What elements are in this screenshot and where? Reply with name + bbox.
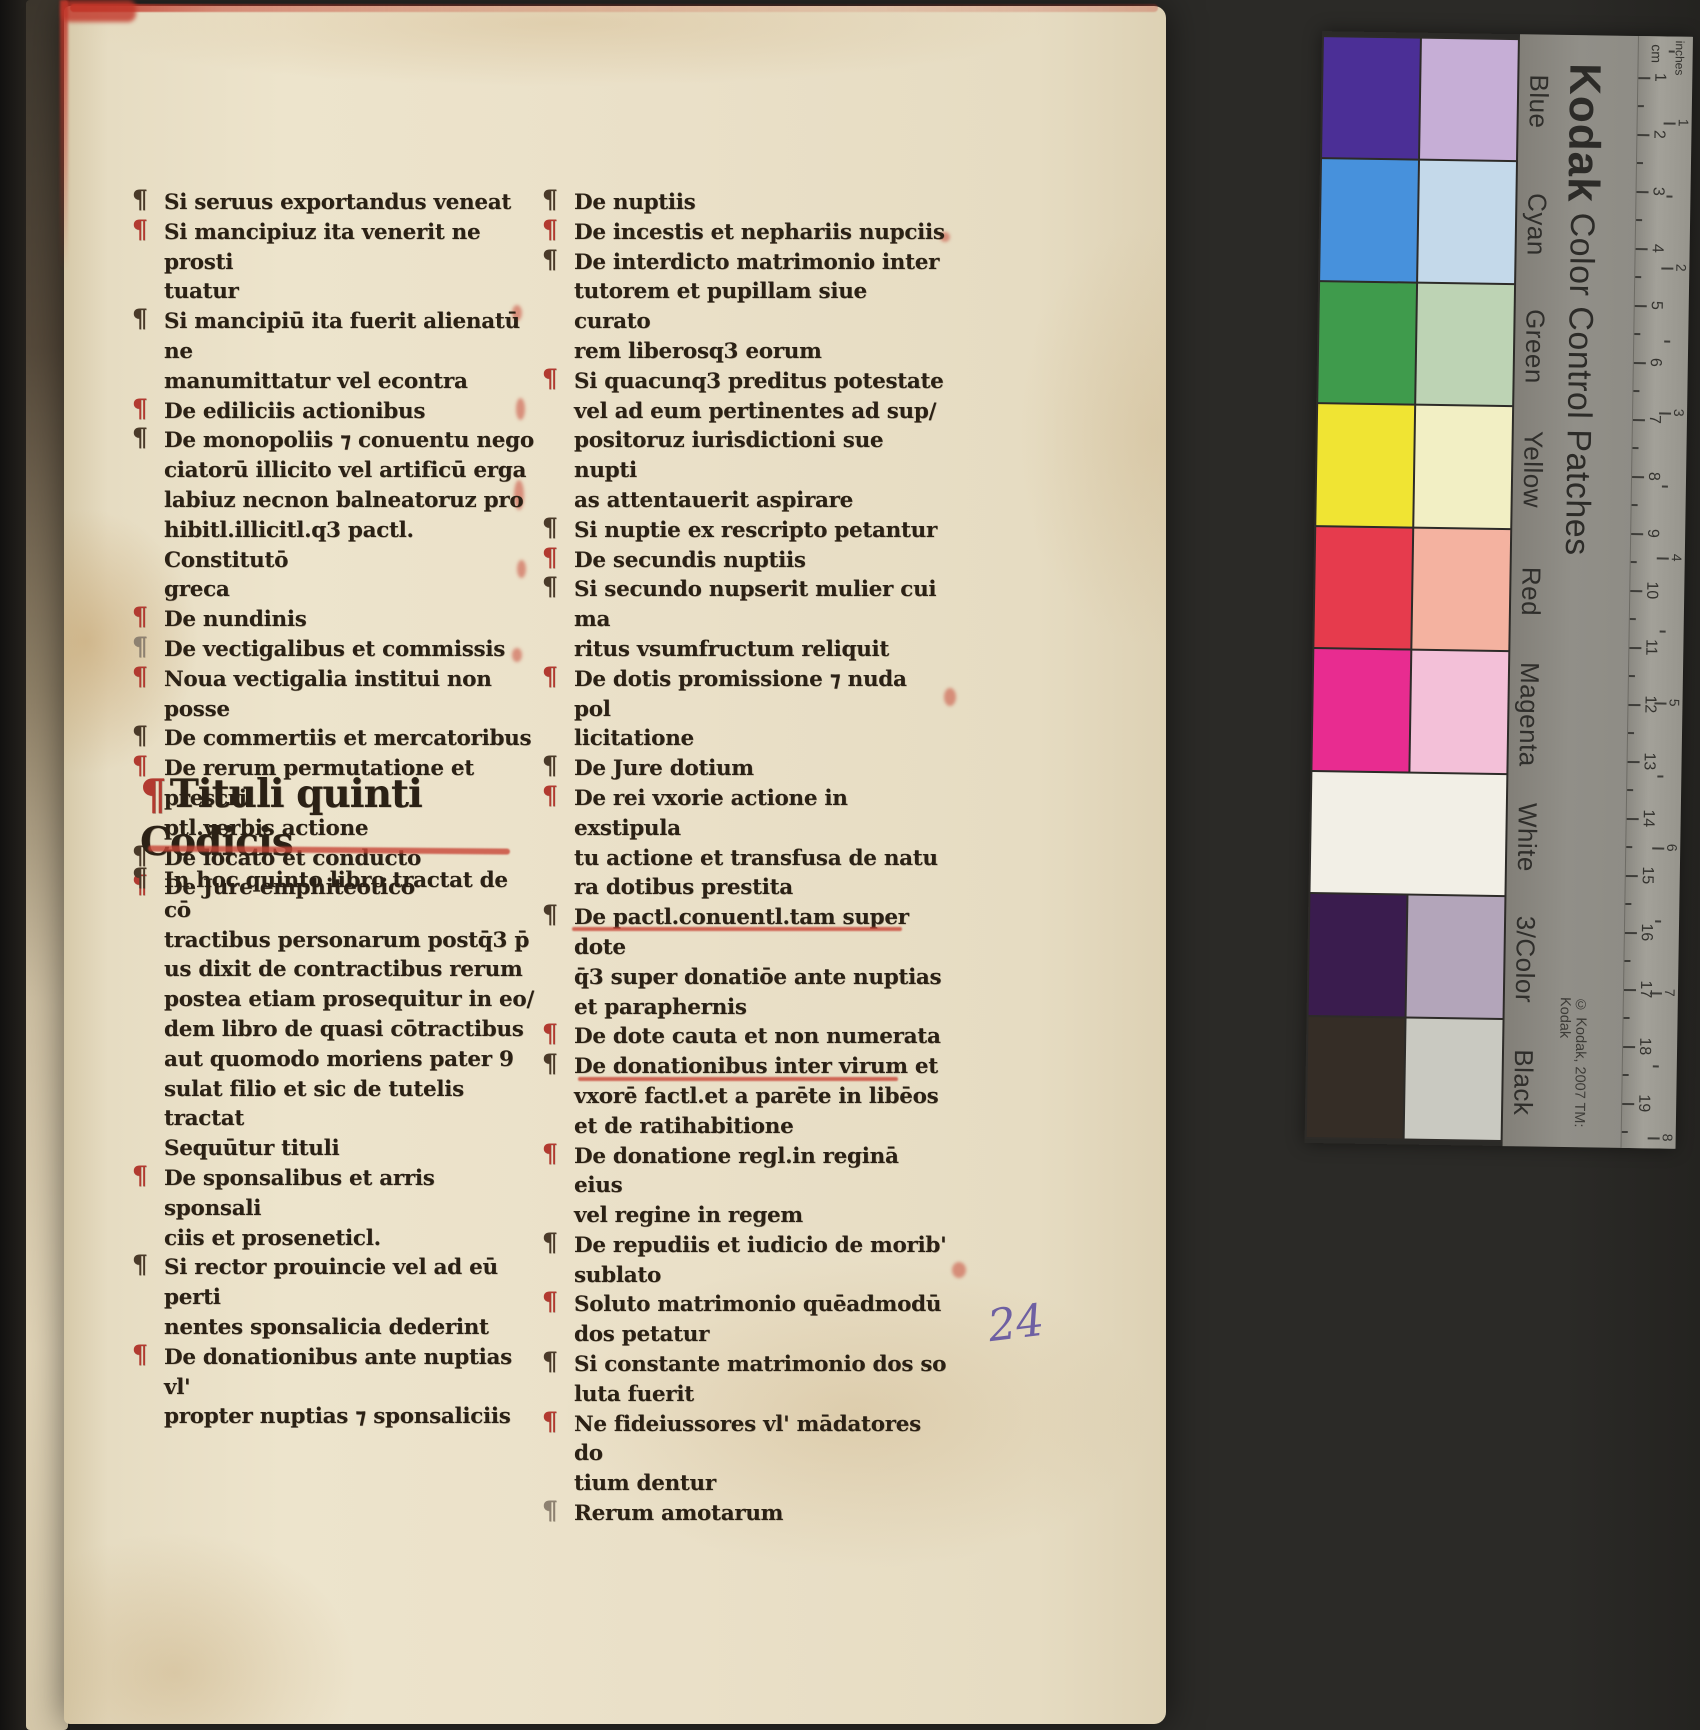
ruler-halfcm-tick bbox=[1638, 105, 1644, 107]
paragraph-mark-icon: ¶ bbox=[542, 751, 558, 781]
toc-entry: ¶Si mancipiuz ita venerit ne prostituatu… bbox=[134, 218, 534, 307]
toc-entry: ¶De secundis nuptiis bbox=[544, 546, 948, 576]
ruler-cm-tick bbox=[1626, 875, 1638, 877]
toc-line: Si seruus exportandus veneat bbox=[164, 190, 511, 215]
toc-line: sulat filio et sic de tutelis tractat bbox=[164, 1077, 464, 1132]
paragraph-mark-icon: ¶ bbox=[140, 770, 166, 819]
toc-line: Si secundo nupserit mulier cui ma bbox=[574, 577, 936, 632]
ruler-inch-tick bbox=[1652, 847, 1664, 849]
chart-row-label: Magenta bbox=[1512, 662, 1545, 767]
ruler-cm-tick bbox=[1627, 818, 1639, 820]
toc-line: Noua vectigalia institui non posse bbox=[164, 667, 492, 722]
ruler-cm-number: 6 bbox=[1646, 358, 1664, 367]
ruler-cm-number: 4 bbox=[1648, 244, 1666, 253]
toc-line: manumittatur vel econtra bbox=[164, 369, 468, 394]
ruler-halfinch-tick bbox=[1655, 920, 1661, 922]
toc-line: De vectigalibus et commissis bbox=[164, 637, 505, 662]
ruler-cm-number: 14 bbox=[1639, 809, 1657, 827]
scanned-book-photo: ¶Si seruus exportandus veneat¶Si mancipi… bbox=[0, 0, 1700, 1730]
toc-line: vel ad eum pertinentes ad sup/ bbox=[574, 399, 936, 424]
paragraph-mark-icon: ¶ bbox=[132, 304, 148, 334]
ruler-inch-tick bbox=[1648, 1137, 1660, 1139]
toc-line: luta fuerit bbox=[574, 1382, 694, 1407]
red-stained-top-edge bbox=[70, 4, 1158, 12]
ruler-inch-tick bbox=[1661, 267, 1673, 269]
color-patch-green bbox=[1318, 282, 1416, 404]
color-patch-3/color bbox=[1309, 894, 1407, 1016]
toc-line: De nuptiis bbox=[574, 190, 695, 215]
paragraph-mark-icon: ¶ bbox=[542, 1139, 558, 1169]
toc-line: De dote cauta et non numerata bbox=[574, 1024, 941, 1049]
toc-line: postea etiam prosequitur in eo/ bbox=[164, 987, 534, 1012]
ruler-cm-tick bbox=[1624, 989, 1636, 991]
toc-entry: ¶Si mancipiū ita fuerit alienatū nemanum… bbox=[134, 307, 534, 396]
ruler-halfcm-tick bbox=[1622, 1131, 1628, 1133]
toc-line: De ediliciis actionibus bbox=[164, 399, 425, 424]
ruler-halfinch-tick bbox=[1653, 1065, 1659, 1067]
ruler-cm-number: 5 bbox=[1647, 301, 1665, 310]
color-patch-tint-blue bbox=[1420, 39, 1518, 161]
toc-entry: ¶De sponsalibus et arris sponsaliciis et… bbox=[134, 1164, 538, 1253]
toc-line: De interdicto matrimonio inter bbox=[574, 250, 939, 275]
ruler-halfcm-tick bbox=[1626, 846, 1632, 848]
toc-entry: ¶Si nuptie ex rescripto petantur bbox=[544, 516, 948, 546]
ruler-halfcm-tick bbox=[1623, 1074, 1629, 1076]
ruler-cm-number: 7 bbox=[1645, 415, 1663, 424]
toc-line: De monopoliis ⁊ conuentu nego bbox=[164, 428, 534, 453]
toc-entry: ¶De nuptiis bbox=[544, 188, 948, 218]
ruler-cm-number: 17 bbox=[1636, 980, 1654, 998]
ruler-cm-tick bbox=[1638, 77, 1650, 79]
toc-line: sublato bbox=[574, 1263, 661, 1288]
ruler-cm-tick bbox=[1628, 704, 1640, 706]
ruler-halfinch-tick bbox=[1664, 341, 1670, 343]
paragraph-mark-icon: ¶ bbox=[132, 394, 148, 424]
paragraph-mark-icon: ¶ bbox=[542, 543, 558, 573]
toc-entry: ¶De donationibus inter virum etvxorē fac… bbox=[544, 1052, 948, 1141]
toc-column-right: ¶De nuptiis¶De incestis et nephariis nup… bbox=[544, 188, 948, 1529]
color-patch-red bbox=[1314, 527, 1412, 649]
color-patch-tint-red bbox=[1412, 528, 1510, 650]
toc-line: Rerum amotarum bbox=[574, 1501, 783, 1526]
toc-line: Soluto matrimonio quēadmodū bbox=[574, 1292, 941, 1317]
color-patch-yellow bbox=[1316, 404, 1414, 526]
ruler-inch-tick bbox=[1650, 992, 1662, 994]
chart-row-label: Green bbox=[1519, 309, 1551, 384]
toc-line: De secundis nuptiis bbox=[574, 548, 806, 573]
chart-row-label: Red bbox=[1515, 567, 1547, 617]
ruler-halfinch-tick bbox=[1660, 630, 1666, 632]
ruler-inch-number: 7 bbox=[1662, 989, 1678, 997]
patch-row bbox=[1309, 894, 1505, 1017]
red-stained-left-edge bbox=[60, 0, 68, 270]
paragraph-mark-icon: ¶ bbox=[542, 215, 558, 245]
toc-entry: ¶Soluto matrimonio quēadmodūdos petatur bbox=[544, 1290, 948, 1350]
toc-line: De donatione regl.in reginā eius bbox=[574, 1144, 899, 1199]
ruler-halfcm-tick bbox=[1634, 333, 1640, 335]
toc-line: De pactl.conuentl.tam super dote bbox=[574, 905, 909, 960]
toc-line: positoruz iurisdictioni sue nupti bbox=[574, 428, 883, 483]
toc-line: Ne fideiussores vl' mādatores do bbox=[574, 1412, 921, 1467]
toc-entry: ¶De dotis promissione ⁊ nuda pollicitati… bbox=[544, 665, 948, 754]
color-patch-tint-3/color bbox=[1407, 896, 1505, 1018]
ruler-cm-number: 2 bbox=[1649, 130, 1667, 139]
toc-entry: ¶De repudiis et iudicio de morib'sublato bbox=[544, 1231, 948, 1291]
toc-line: Si mancipiuz ita venerit ne prosti bbox=[164, 220, 480, 275]
toc-line: q̄3 super donatiōe ante nuptias bbox=[574, 965, 941, 990]
ruler-cm-number: 9 bbox=[1643, 529, 1661, 538]
toc-entry: ¶De rei vxorie actione in exstipulatu ac… bbox=[544, 784, 948, 903]
toc-line: De dotis promissione ⁊ nuda pol bbox=[574, 667, 907, 722]
toc-line: De rei vxorie actione in exstipula bbox=[574, 786, 848, 841]
toc-entry: ¶Rerum amotarum bbox=[544, 1499, 948, 1529]
ruler-halfcm-tick bbox=[1624, 960, 1630, 962]
paragraph-mark-icon: ¶ bbox=[542, 1019, 558, 1049]
ruler-halfcm-tick bbox=[1631, 561, 1637, 563]
ruler-cm-tick bbox=[1632, 476, 1644, 478]
toc-line: as attentauerit aspirare bbox=[574, 488, 853, 513]
paragraph-mark-icon: ¶ bbox=[132, 662, 148, 692]
toc-line: hibitl.illicitl.q3 pactl. Constitutō bbox=[164, 518, 414, 573]
toc-entry: ¶Si seruus exportandus veneat bbox=[134, 188, 534, 218]
toc-entry: ¶Si constante matrimonio dos soluta fuer… bbox=[544, 1350, 948, 1410]
ruler-cm-tick bbox=[1631, 533, 1643, 535]
chart-label-strip: Kodak Color Control Patches BlueCyanGree… bbox=[1503, 34, 1692, 1149]
toc-line: Si nuptie ex rescripto petantur bbox=[574, 518, 937, 543]
patch-row bbox=[1310, 772, 1506, 895]
paragraph-mark-icon: ¶ bbox=[542, 1347, 558, 1377]
toc-line: us dixit de contractibus rerum bbox=[164, 957, 522, 982]
toc-entry: ¶De commertiis et mercatoribus bbox=[134, 724, 534, 754]
patch-row bbox=[1318, 282, 1514, 405]
color-patch-cyan bbox=[1320, 160, 1418, 282]
toc-line: Sequūtur tituli bbox=[164, 1136, 339, 1161]
toc-entry: ¶De ediliciis actionibus bbox=[134, 397, 534, 427]
ruler-halfcm-tick bbox=[1635, 276, 1641, 278]
paragraph-mark-icon: ¶ bbox=[542, 781, 558, 811]
chart-row-label: White bbox=[1511, 802, 1543, 871]
ruler-cm-number: 8 bbox=[1644, 472, 1662, 481]
toc-entry: ¶Noua vectigalia institui non posse bbox=[134, 665, 534, 725]
toc-entry: ¶De monopoliis ⁊ conuentu negociatorū il… bbox=[134, 426, 534, 605]
toc-entry: ¶De Jure dotium bbox=[544, 754, 948, 784]
chart-row-label: Blue bbox=[1523, 74, 1555, 129]
paragraph-mark-icon: ¶ bbox=[542, 1287, 558, 1317]
color-patch-tint-yellow bbox=[1414, 406, 1512, 528]
red-stained-corner bbox=[62, 0, 136, 22]
paragraph-mark-icon: ¶ bbox=[132, 721, 148, 751]
paragraph-mark-icon: ¶ bbox=[542, 1049, 558, 1079]
ruler-cm-tick bbox=[1636, 248, 1648, 250]
ruler-cm-tick bbox=[1630, 590, 1642, 592]
toc-line: De commertiis et mercatoribus bbox=[164, 726, 531, 751]
toc-entry: ¶De interdicto matrimonio intertutorem e… bbox=[544, 248, 948, 367]
toc-line: Si mancipiū ita fuerit alienatū ne bbox=[164, 309, 520, 364]
ruler-halfcm-tick bbox=[1628, 732, 1634, 734]
toc-line: greca bbox=[164, 577, 230, 602]
ruler-halfcm-tick bbox=[1630, 618, 1636, 620]
paragraph-mark-icon: ¶ bbox=[132, 215, 148, 245]
toc-line: dos petatur bbox=[574, 1322, 709, 1347]
paragraph-mark-icon: ¶ bbox=[542, 1496, 558, 1526]
toc-line: dem libro de quasi cōtractibus bbox=[164, 1017, 524, 1042]
patch-row bbox=[1312, 649, 1508, 772]
ruler-halfcm-tick bbox=[1625, 903, 1631, 905]
toc-line: Si rector prouincie vel ad eū perti bbox=[164, 1255, 498, 1310]
toc-line: ra dotibus prestita bbox=[574, 875, 793, 900]
patch-row bbox=[1322, 37, 1518, 160]
toc-entry: ¶Si rector prouincie vel ad eū pertinent… bbox=[134, 1253, 538, 1342]
ruler-cm-tick bbox=[1634, 362, 1646, 364]
ruler-inch-number: 1 bbox=[1676, 119, 1692, 127]
red-underline bbox=[578, 1077, 898, 1081]
chart-title: Kodak Color Control Patches bbox=[1552, 63, 1610, 556]
chart-copyright: © Kodak, 2007 TM: Kodak bbox=[1555, 997, 1589, 1147]
ruler-inch-number: 2 bbox=[1673, 264, 1689, 272]
color-patch-tint-cyan bbox=[1418, 161, 1516, 283]
paragraph-mark-icon: ¶ bbox=[542, 900, 558, 930]
toc-line: nentes sponsalicia dederint bbox=[164, 1315, 489, 1340]
color-patch-grid bbox=[1305, 35, 1520, 1142]
toc-line: propter nuptias ⁊ sponsaliciis bbox=[164, 1404, 511, 1429]
toc-line: et de ratihabitione bbox=[574, 1114, 793, 1139]
paragraph-mark-icon: ¶ bbox=[132, 1161, 148, 1191]
ruler-inch-number: 3 bbox=[1671, 409, 1687, 417]
ruler-halfinch-tick bbox=[1666, 196, 1672, 198]
ruler-cm-number: 1 bbox=[1650, 73, 1668, 82]
ruler-cm-tick bbox=[1622, 1103, 1634, 1105]
chart-row-label: Yellow bbox=[1517, 430, 1549, 508]
ruler-cm-number: 18 bbox=[1635, 1037, 1653, 1055]
color-patch-magenta bbox=[1312, 649, 1410, 771]
ruler-inch-number: 6 bbox=[1664, 844, 1680, 852]
paragraph-mark-icon: ¶ bbox=[132, 423, 148, 453]
ruler-halfcm-tick bbox=[1624, 1017, 1630, 1019]
patch-row bbox=[1316, 404, 1512, 527]
chart-row-label: 3/Color bbox=[1509, 916, 1541, 1004]
paragraph-mark-icon: ¶ bbox=[542, 364, 558, 394]
ruler-cm-number: 10 bbox=[1642, 581, 1660, 599]
chart-ruler: cminches12345678910111213141516171819123… bbox=[1621, 36, 1693, 1149]
toc-line: De incestis et nephariis nupciis bbox=[574, 220, 945, 245]
toc-line: et paraphernis bbox=[574, 995, 747, 1020]
ruler-cm-number: 13 bbox=[1639, 752, 1657, 770]
toc-entry: ¶In hoc quinto libro tractat de cōtracti… bbox=[134, 866, 538, 1164]
paragraph-mark-icon: ¶ bbox=[542, 185, 558, 215]
ruler-cm-number: 16 bbox=[1637, 923, 1655, 941]
toc-entry: ¶Si secundo nupserit mulier cui maritus … bbox=[544, 575, 948, 664]
toc-line: labiuz necnon balneatoruz pro bbox=[164, 488, 523, 513]
toc-entry: ¶Ne fideiussores vl' mādatores dotium de… bbox=[544, 1410, 948, 1499]
ruler-cm-tick bbox=[1633, 419, 1645, 421]
toc-entry: ¶De incestis et nephariis nupciis bbox=[544, 218, 948, 248]
ruler-cm-tick bbox=[1637, 134, 1649, 136]
ruler-cm-number: 19 bbox=[1634, 1094, 1652, 1112]
ruler-halfcm-tick bbox=[1636, 219, 1642, 221]
ruler-halfcm-tick bbox=[1633, 447, 1639, 449]
toc-line: tuatur bbox=[164, 279, 239, 304]
red-speck bbox=[952, 1262, 966, 1278]
ruler-cm-unit-label: cm bbox=[1649, 44, 1665, 63]
ruler-inch-tick bbox=[1664, 122, 1676, 124]
paragraph-mark-icon: ¶ bbox=[542, 1228, 558, 1258]
paragraph-mark-icon: ¶ bbox=[132, 1250, 148, 1280]
paragraph-mark-icon: ¶ bbox=[132, 1340, 148, 1370]
ruler-cm-number: 3 bbox=[1648, 187, 1666, 196]
paragraph-mark-icon: ¶ bbox=[132, 602, 148, 632]
patch-row bbox=[1307, 1017, 1503, 1140]
patch-row bbox=[1320, 160, 1516, 283]
ruler-cm-tick bbox=[1628, 761, 1640, 763]
ruler-halfcm-tick bbox=[1633, 390, 1639, 392]
ruler-cm-tick bbox=[1637, 191, 1649, 193]
paragraph-mark-icon: ¶ bbox=[542, 513, 558, 543]
ruler-inch-tick bbox=[1659, 412, 1671, 414]
toc-line: tractibus personarum postq̄3 p̄ bbox=[164, 928, 529, 953]
color-patch-tint-black bbox=[1405, 1018, 1503, 1140]
toc-line: ciis et proseneticl. bbox=[164, 1226, 381, 1251]
toc-line: De repudiis et iudicio de morib' bbox=[574, 1233, 946, 1258]
toc-line: De nundinis bbox=[164, 607, 307, 632]
kodak-color-chart: Kodak Color Control Patches BlueCyanGree… bbox=[1305, 31, 1692, 1149]
ruler-inch-tick bbox=[1654, 702, 1666, 704]
toc-line: De sponsalibus et arris sponsali bbox=[164, 1166, 435, 1221]
ruler-inch-tick bbox=[1657, 557, 1669, 559]
ruler-halfinch-tick bbox=[1662, 485, 1668, 487]
toc-column-left-lower: ¶In hoc quinto libro tractat de cōtracti… bbox=[134, 866, 538, 1432]
patch-row bbox=[1314, 527, 1510, 650]
ruler-cm-number: 11 bbox=[1641, 639, 1659, 656]
toc-line: tu actione et transfusa de natu bbox=[574, 846, 938, 871]
color-patch-tint-green bbox=[1416, 284, 1514, 406]
paragraph-mark-icon: ¶ bbox=[542, 1407, 558, 1437]
color-patch-black bbox=[1307, 1017, 1405, 1139]
color-patch-tint-magenta bbox=[1410, 651, 1508, 773]
ruler-cm-number: 15 bbox=[1638, 866, 1656, 884]
toc-line: rem liberosq3 eorum bbox=[574, 339, 822, 364]
ruler-inch-number: 4 bbox=[1669, 554, 1685, 562]
ruler-inch-number: 8 bbox=[1660, 1134, 1676, 1142]
ruler-halfcm-tick bbox=[1632, 504, 1638, 506]
handwritten-folio-number: 24 bbox=[985, 1295, 1047, 1352]
ruler-halfcm-tick bbox=[1629, 675, 1635, 677]
toc-line: Si constante matrimonio dos so bbox=[574, 1352, 946, 1377]
paragraph-mark-icon: ¶ bbox=[542, 245, 558, 275]
paragraph-mark-icon: ¶ bbox=[132, 185, 148, 215]
paragraph-mark-icon: ¶ bbox=[132, 632, 148, 662]
toc-entry: ¶Si quacunq3 preditus potestatevel ad eu… bbox=[544, 367, 948, 516]
color-patch-white bbox=[1310, 772, 1506, 895]
toc-line: De Jure dotium bbox=[574, 756, 754, 781]
toc-line: vxorē factl.et a parēte in libēos bbox=[574, 1084, 938, 1109]
ruler-halfinch-tick bbox=[1657, 775, 1663, 777]
toc-entry: ¶De donatione regl.in reginā eiusvel reg… bbox=[544, 1142, 948, 1231]
paragraph-mark-icon: ¶ bbox=[542, 572, 558, 602]
toc-line: tium dentur bbox=[574, 1471, 716, 1496]
color-patch-blue bbox=[1322, 37, 1420, 159]
ruler-halfcm-tick bbox=[1637, 162, 1643, 164]
toc-line: In hoc quinto libro tractat de cō bbox=[164, 868, 508, 923]
toc-entry: ¶De donationibus ante nuptias vl'propter… bbox=[134, 1343, 538, 1432]
toc-line: ciatorū illicito vel artificū erga bbox=[164, 458, 526, 483]
toc-entry: ¶De dote cauta et non numerata bbox=[544, 1022, 948, 1052]
ruler-inches-unit-label: inches bbox=[1672, 41, 1687, 76]
toc-line: Si quacunq3 preditus potestate bbox=[574, 369, 944, 394]
toc-line: ritus vsumfructum reliquit bbox=[574, 637, 889, 662]
ruler-inch-number: 5 bbox=[1666, 699, 1682, 707]
chart-row-label: Cyan bbox=[1521, 192, 1553, 255]
ruler-cm-tick bbox=[1635, 305, 1647, 307]
toc-line: De donationibus ante nuptias vl' bbox=[164, 1345, 512, 1400]
ruler-halfcm-tick bbox=[1627, 789, 1633, 791]
ruler-cm-tick bbox=[1629, 647, 1641, 649]
ruler-halfinch-tick bbox=[1669, 51, 1675, 53]
toc-line: De donationibus inter virum et bbox=[574, 1054, 938, 1079]
paragraph-mark-icon: ¶ bbox=[132, 863, 148, 893]
kodak-brand: Kodak bbox=[1558, 63, 1609, 203]
red-underline bbox=[572, 927, 902, 931]
toc-line: tutorem et pupillam siue curato bbox=[574, 279, 867, 334]
chart-title-suffix: Color Control Patches bbox=[1558, 202, 1602, 556]
toc-line: licitatione bbox=[574, 726, 694, 751]
toc-entry: ¶De vectigalibus et commissis bbox=[134, 635, 534, 665]
toc-entry: ¶De nundinis bbox=[134, 605, 534, 635]
toc-line: aut quomodo moriens pater 9 bbox=[164, 1047, 514, 1072]
ruler-cm-tick bbox=[1623, 1046, 1635, 1048]
toc-line: vel regine in regem bbox=[574, 1203, 803, 1228]
toc-entry: ¶De pactl.conuentl.tam super doteq̄3 sup… bbox=[544, 903, 948, 1022]
ruler-cm-tick bbox=[1625, 932, 1637, 934]
chart-row-label: Black bbox=[1507, 1049, 1539, 1116]
paragraph-mark-icon: ¶ bbox=[542, 662, 558, 692]
